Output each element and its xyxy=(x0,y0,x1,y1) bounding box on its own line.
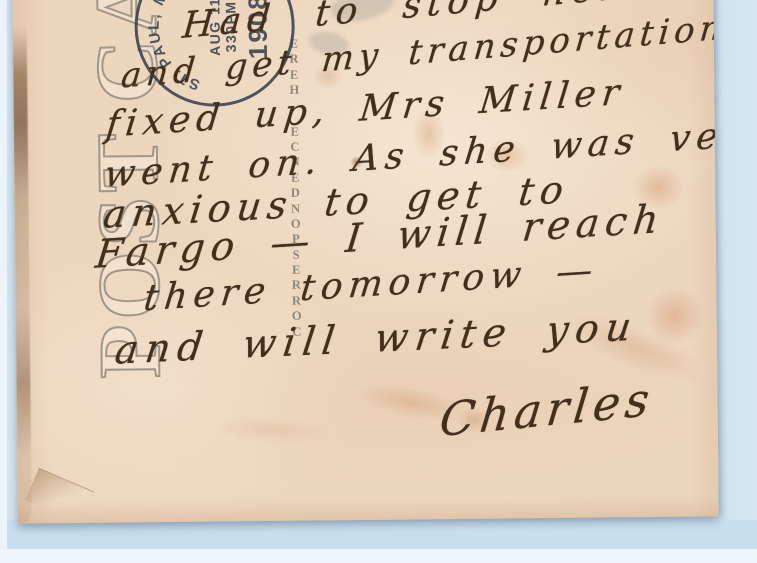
scanner-bottom-edge xyxy=(0,549,757,563)
scanner-bottom-band xyxy=(0,520,757,550)
scanner-left-edge xyxy=(0,0,7,563)
stain xyxy=(645,286,704,345)
postcard: POST CARD EREHECNEDNOPSERROC ST. PAUL, M… xyxy=(12,0,719,524)
postcard-scan: POST CARD EREHECNEDNOPSERROC ST. PAUL, M… xyxy=(0,0,757,563)
bottom-left-corner-fold xyxy=(25,468,94,524)
signature: Charles xyxy=(437,371,657,447)
stain xyxy=(212,413,333,446)
